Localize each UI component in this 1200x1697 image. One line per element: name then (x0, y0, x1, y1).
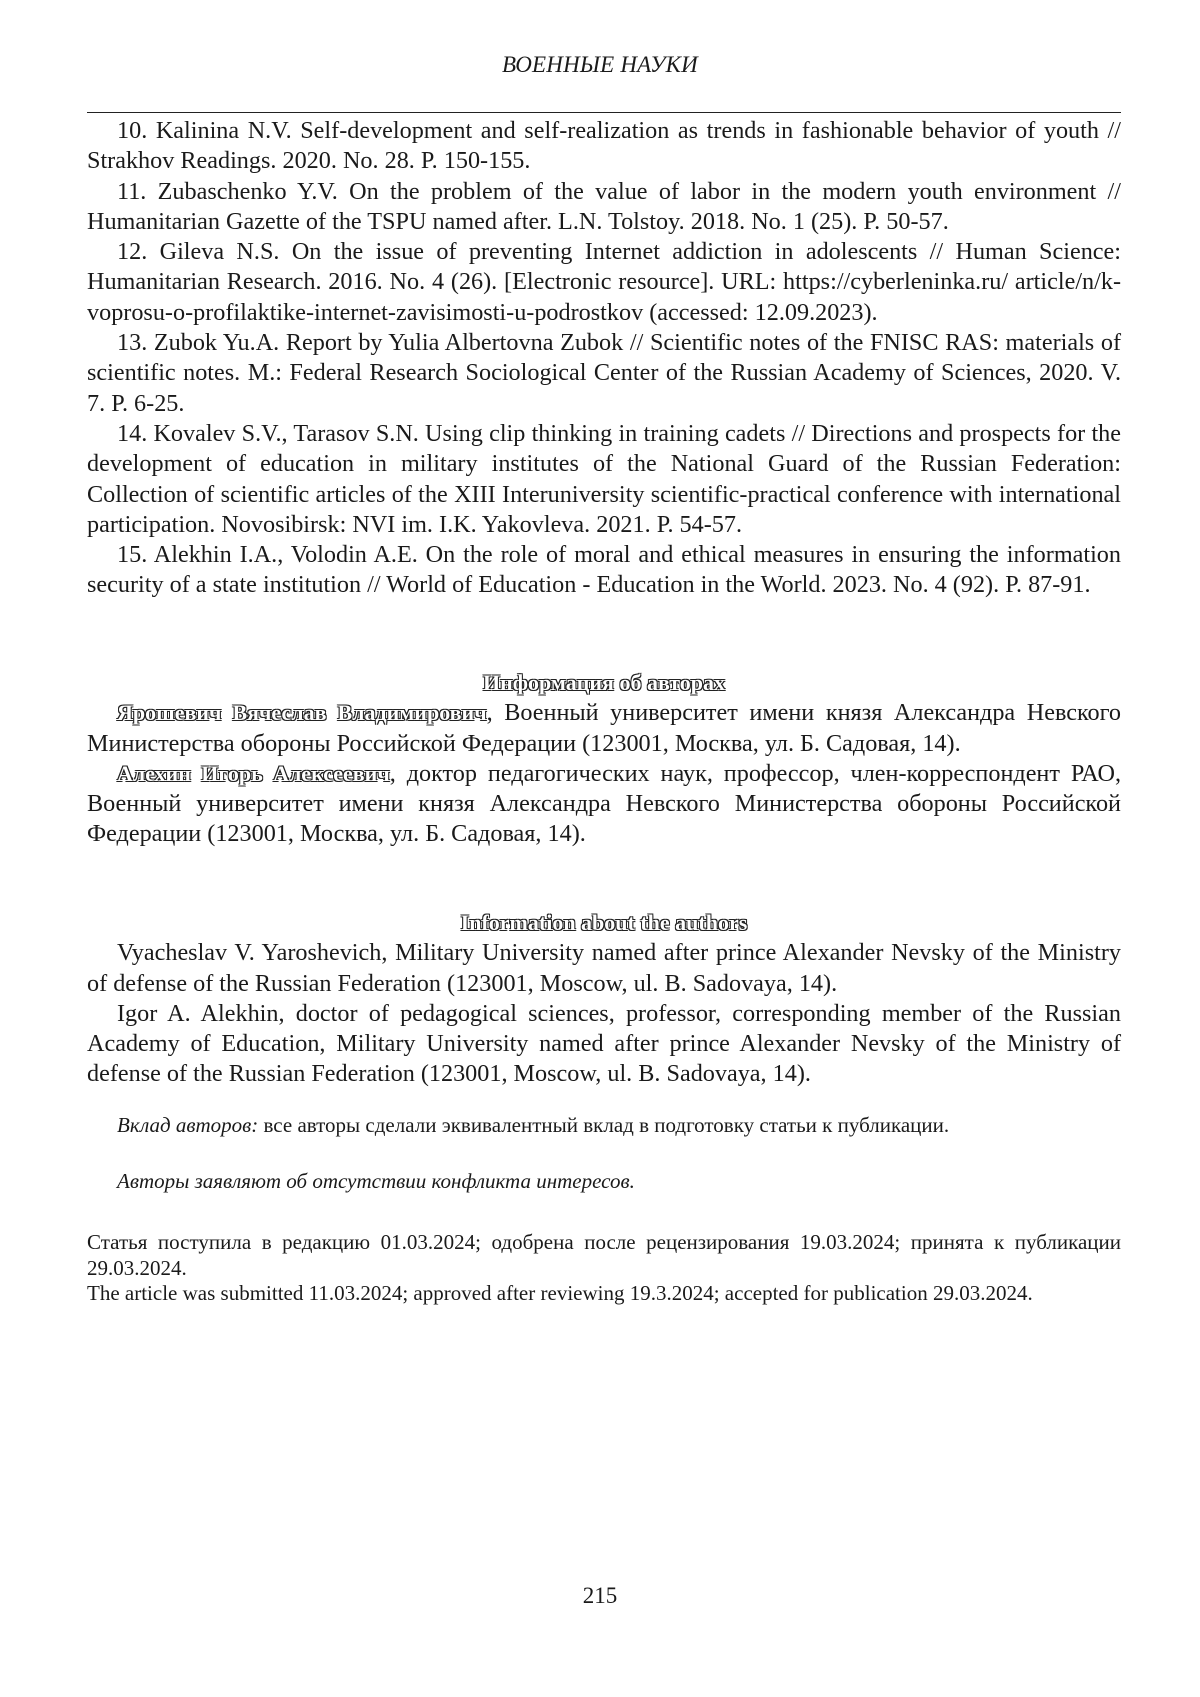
author-contribution: Вклад авторов: все авторы сделали эквива… (87, 1111, 1121, 1139)
section-title-authors-en: Information about the authors (87, 908, 1121, 938)
author-name: Ярошевич Вячеслав Владимирович (117, 700, 487, 725)
reference-item: 13. Zubok Yu.A. Report by Yulia Albertov… (87, 328, 1121, 419)
dates-en: The article was submitted 11.03.2024; ap… (87, 1281, 1121, 1307)
page-number: 215 (0, 1583, 1200, 1609)
reference-item: 15. Alekhin I.A., Volodin A.E. On the ro… (87, 540, 1121, 601)
contribution-label: Вклад авторов: (117, 1113, 258, 1137)
reference-list: 10. Kalinina N.V. Self-development and s… (87, 116, 1121, 601)
contribution-paragraph: Вклад авторов: все авторы сделали эквива… (87, 1111, 1121, 1139)
section-title-authors-ru: Информация об авторах (87, 668, 1121, 698)
dates-ru: Статья поступила в редакцию 01.03.2024; … (87, 1230, 1121, 1281)
reference-item: 12. Gileva N.S. On the issue of preventi… (87, 237, 1121, 328)
authors-info-en: Information about the authors Vyacheslav… (87, 908, 1121, 1090)
reference-item: 11. Zubaschenko Y.V. On the problem of t… (87, 177, 1121, 238)
article-dates: Статья поступила в редакцию 01.03.2024; … (87, 1230, 1121, 1307)
author-entry: Алехин Игорь Алексеевич, доктор педагоги… (87, 759, 1121, 850)
running-title: ВОЕННЫЕ НАУКИ (0, 52, 1200, 78)
authors-info-ru: Информация об авторах Ярошевич Вячеслав … (87, 668, 1121, 850)
author-name: Алехин Игорь Алексеевич (117, 761, 390, 786)
header-rule (87, 112, 1121, 113)
author-entry: Ярошевич Вячеслав Владимирович, Военный … (87, 698, 1121, 759)
conflict-of-interest: Авторы заявляют об отсутствии конфликта … (87, 1167, 1121, 1195)
conflict-statement: Авторы заявляют об отсутствии конфликта … (117, 1169, 635, 1193)
author-entry: Vyacheslav V. Yaroshevich, Military Univ… (87, 938, 1121, 999)
reference-item: 10. Kalinina N.V. Self-development and s… (87, 116, 1121, 177)
reference-item: 14. Kovalev S.V., Tarasov S.N. Using cli… (87, 419, 1121, 540)
author-entry: Igor A. Alekhin, doctor of pedagogical s… (87, 999, 1121, 1090)
contribution-text: все авторы сделали эквивалентный вклад в… (258, 1113, 949, 1137)
